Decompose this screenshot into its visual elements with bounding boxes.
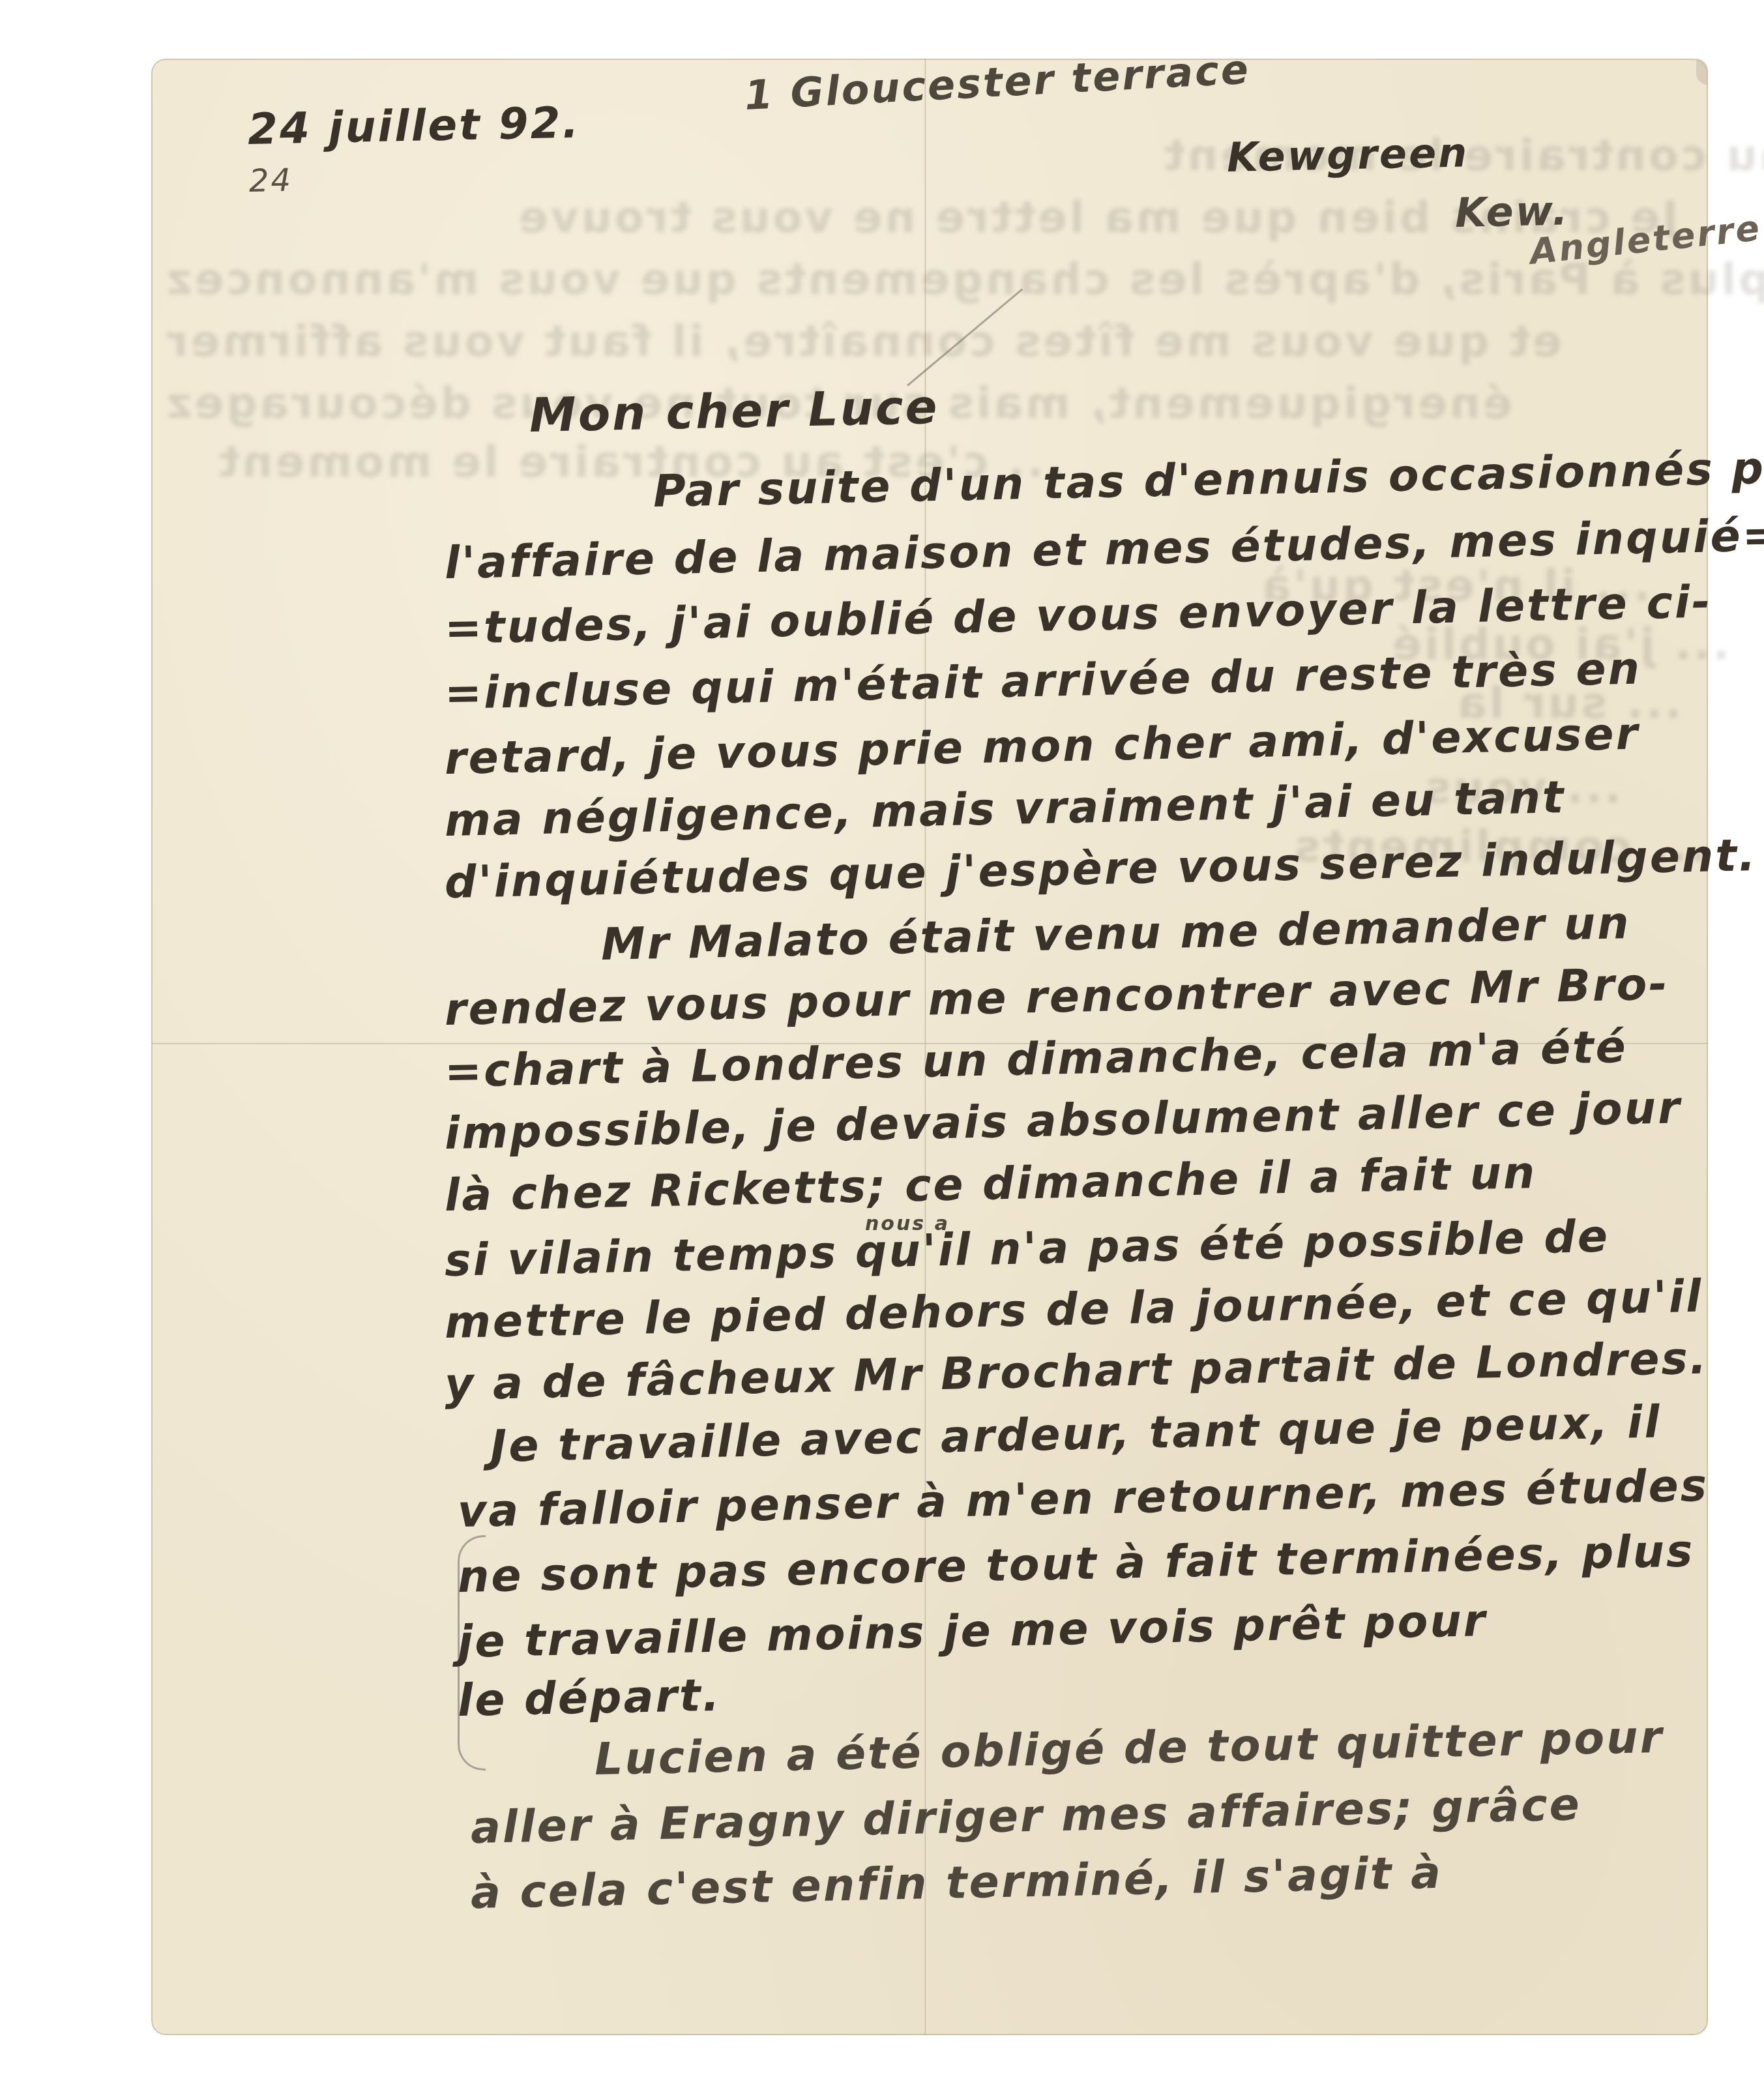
address-locality: Kewgreen <box>1226 128 1469 181</box>
body-line: va falloir penser à m'en retourner, mes … <box>457 1460 1709 1538</box>
body-line: Lucien a été obligé de tout quitter pour <box>594 1712 1664 1785</box>
date-correction: 24 <box>248 162 293 199</box>
body-line: le départ. <box>457 1670 722 1727</box>
body-line: je travaille moins je me vois prêt pour <box>457 1595 1488 1668</box>
body-line: Mr Malato était venu me demander un <box>600 898 1631 971</box>
body-line: Je travaille avec ardeur, tant que je pe… <box>490 1396 1662 1473</box>
body-line: ne sont pas encore tout à fait terminées… <box>457 1525 1695 1603</box>
letter-date: 24 juillet 92. <box>247 97 581 154</box>
body-line: si vilain temps qu'il n'a pas été possib… <box>444 1211 1610 1287</box>
address-street: 1 Gloucester terrace <box>743 45 1251 119</box>
body-line: à cela c'est enfin terminé, il s'agit à <box>470 1847 1443 1919</box>
bleed-through-line: et que vous me fîtes connaître, il faut … <box>164 316 1562 366</box>
paper-corner-wear <box>1696 59 1708 85</box>
salutation: Mon cher Luce <box>529 379 939 443</box>
body-line: =chart à Londres un dimanche, cela m'a é… <box>444 1021 1628 1098</box>
body-line: aller à Eragny diriger mes affaires; grâ… <box>470 1779 1581 1854</box>
body-line: là chez Ricketts; ce dimanche il a fait … <box>444 1147 1537 1222</box>
bleed-through-line: plus à Paris, d'après les changements qu… <box>164 254 1764 304</box>
letter-paper: ... c'est au contraire le moment Je crai… <box>151 59 1708 2035</box>
